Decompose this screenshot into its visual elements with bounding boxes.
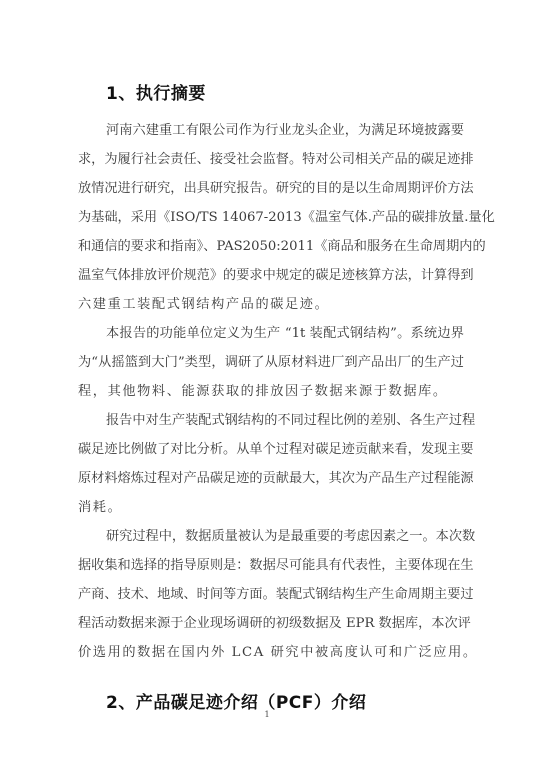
- paragraph-line: 求，为履行社会责任、接受社会监督。特对公司相关产品的碳足迹排: [78, 151, 464, 169]
- paragraph-line: 放情况进行研究，出具研究报告。研究的目的是以生命周期评价方法: [78, 180, 464, 198]
- paragraph-line: 程，其他物料、能源获取的排放因子数据来源于数据库。: [78, 383, 464, 401]
- paragraph-line: 碳足迹比例做了对比分析。从单个过程对碳足迹贡献来看，发现主要: [78, 441, 464, 459]
- paragraph-line: 报告中对生产装配式钢结构的不同过程比例的差别、各生产过程: [106, 412, 464, 430]
- paragraph-line: 为基础，采用《ISO/TS 14067-2013《温室气体.产品的碳排放量.量化: [78, 209, 464, 227]
- paragraph-line: 据收集和选择的指导原则是：数据尽可能具有代表性，主要体现在生: [78, 557, 464, 575]
- paragraph-line: 产商、技术、地域、时间等方面。装配式钢结构生产生命周期主要过: [78, 586, 464, 604]
- page-number: 1: [0, 710, 534, 719]
- paragraph-line: 为“从摇篮到大门”类型，调研了从原材料进厂到产品出厂的生产过: [78, 354, 464, 372]
- paragraph-line: 和通信的要求和指南》、PAS2050:2011《商品和服务在生命周期内的: [78, 238, 464, 256]
- paragraph-line: 价选用的数据在国内外 LCA 研究中被高度认可和广泛应用。: [78, 644, 464, 662]
- section-heading-executive-summary: 1、执行摘要: [106, 79, 206, 104]
- paragraph-line: 研究过程中，数据质量被认为是最重要的考虑因素之一。本次数: [106, 528, 464, 546]
- paragraph-line: 本报告的功能单位定义为生产 “1t 装配式钢结构”。系统边界: [106, 325, 464, 343]
- paragraph-line: 消耗。: [78, 499, 464, 517]
- paragraph-line: 河南六建重工有限公司作为行业龙头企业，为满足环境披露要: [106, 122, 464, 140]
- paragraph-line: 温室气体排放评价规范》的要求中规定的碳足迹核算方法，计算得到: [78, 267, 464, 285]
- paragraph-line: 原材料熔炼过程对产品碳足迹的贡献最大，其次为产品生产过程能源: [78, 470, 464, 488]
- document-page: 1、执行摘要 河南六建重工有限公司作为行业龙头企业，为满足环境披露要 求，为履行…: [0, 0, 534, 773]
- paragraph-line: 六建重工装配式钢结构产品的碳足迹。: [78, 296, 464, 314]
- paragraph-line: 程活动数据来源于企业现场调研的初级数据及 EPR 数据库，本次评: [78, 615, 464, 633]
